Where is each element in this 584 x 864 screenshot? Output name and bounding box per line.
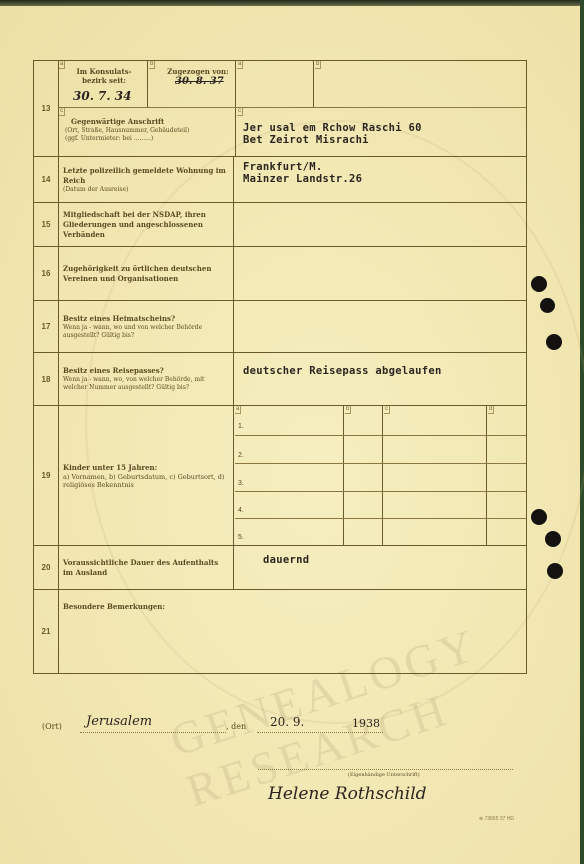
punch-hole <box>547 563 563 579</box>
row-number: 17 <box>34 301 59 352</box>
punch-hole <box>531 509 547 525</box>
consulate-since-label: Im Konsulats-bezirk seit: <box>69 67 139 85</box>
heimatschein-label: Besitz eines Heimatscheins? Wenn ja - wa… <box>59 301 234 352</box>
punch-hole <box>540 298 555 313</box>
row-15: 15 Mitgliedschaft bei der NSDAP, ihren G… <box>34 202 526 246</box>
address-line: Bet Zeirot Misrachi <box>243 134 422 146</box>
row-13: 13 a Im Konsulats-bezirk seit: 30. 7. 34… <box>34 61 526 156</box>
field-letter-c2: c <box>237 108 243 116</box>
row-16: 16 Zugehörigkeit zu örtlichen deutschen … <box>34 246 526 300</box>
divider <box>235 61 236 107</box>
current-address-label: Gegenwärtige Anschrift (Ort, Straße, Hau… <box>65 117 230 143</box>
label-main: Besitz eines Heimatscheins? <box>63 314 229 324</box>
field-letter-b: b <box>149 61 155 69</box>
row-20: 20 Voraussichtliche Dauer des Aufenthalt… <box>34 545 526 589</box>
last-residence-label: Letzte polizeilich gemeldete Wohnung im … <box>59 157 234 202</box>
place-underline <box>80 732 226 733</box>
passport-value[interactable]: deutscher Reisepass abgelaufen <box>235 353 526 405</box>
child-index: 4. <box>238 507 244 514</box>
last-residence-value[interactable]: Frankfurt/M. Mainzer Landstr.26 <box>235 157 526 202</box>
row-17: 17 Besitz eines Heimatscheins? Wenn ja -… <box>34 300 526 352</box>
label-sub: Wenn ja - wann, wo und von welcher Behör… <box>63 324 229 340</box>
label-main: Besitz eines Reisepasses? <box>63 366 229 376</box>
row-number: 20 <box>34 546 59 589</box>
child-row[interactable]: 3. <box>235 463 526 491</box>
remarks-value[interactable] <box>59 614 526 673</box>
label-sub: Wenn ja - wann, wo, von welcher Behörde,… <box>63 376 229 392</box>
place-date-line: (Ort) Jerusalem , den 20. 9. 1938 <box>42 716 402 736</box>
field-letter-b2: b <box>315 61 321 69</box>
label-sub: a) Vornamen, b) Geburtsdatum, c) Geburts… <box>63 473 229 489</box>
consulate-since-value[interactable]: 30. 7. 34 <box>73 89 131 103</box>
label-main: Voraussichtliche Dauer des Aufenthalts i… <box>63 558 229 578</box>
label-main: Letzte polizeilich gemeldete Wohnung im … <box>63 166 229 186</box>
label-main: Kinder unter 15 Jahren: <box>63 463 229 473</box>
moved-from-label: Zugezogen von: <box>163 67 233 76</box>
child-row[interactable]: 1. <box>235 406 526 435</box>
label-sub: (Datum der Ausreise) <box>63 186 229 194</box>
organizations-value[interactable] <box>235 247 526 300</box>
field-letter-a: a <box>59 61 65 69</box>
punch-hole <box>531 276 547 292</box>
label-sub: (Ort, Straße, Hausnummer, Gebäudeteil) <box>65 127 230 135</box>
passport-label: Besitz eines Reisepasses? Wenn ja - wann… <box>59 353 234 405</box>
row-13-upper: a Im Konsulats-bezirk seit: 30. 7. 34 b … <box>59 61 526 107</box>
label-main: Zugehörigkeit zu örtlichen deutschen Ver… <box>63 264 229 284</box>
divider <box>147 61 148 107</box>
row-21: 21 Besondere Bemerkungen: <box>34 589 526 673</box>
nsdap-membership-value[interactable] <box>235 203 526 246</box>
remarks-label: Besondere Bemerkungen: <box>63 602 165 611</box>
child-row[interactable]: 2. <box>235 435 526 463</box>
divider <box>313 61 314 107</box>
row-number: 13 <box>34 61 59 156</box>
punch-hole <box>545 531 561 547</box>
organizations-label: Zugehörigkeit zu örtlichen deutschen Ver… <box>59 247 234 300</box>
place-value[interactable]: Jerusalem <box>86 714 152 729</box>
child-index: 5. <box>238 534 244 541</box>
date-value[interactable]: 20. 9. <box>270 715 304 729</box>
signature-line <box>258 769 513 770</box>
row-number: 18 <box>34 353 59 405</box>
current-address-value[interactable]: Jer usal em Rchow Raschi 60 Bet Zeirot M… <box>243 122 422 146</box>
label-main: Gegenwärtige Anschrift <box>65 117 230 127</box>
address-line: Jer usal em Rchow Raschi 60 <box>243 122 422 134</box>
row-number: 14 <box>34 157 59 202</box>
child-row[interactable]: 5. <box>235 518 526 546</box>
row-18: 18 Besitz eines Reisepasses? Wenn ja - w… <box>34 352 526 405</box>
children-label: Kinder unter 15 Jahren: a) Vornamen, b) … <box>59 406 234 545</box>
signature-caption: (Eigenhändige Unterschrift) <box>348 772 420 778</box>
signature[interactable]: Helene Rothschild <box>268 784 427 804</box>
child-row[interactable]: 4. <box>235 491 526 518</box>
date-label: , den <box>226 722 246 731</box>
heimatschein-value[interactable] <box>235 301 526 352</box>
punch-hole <box>546 334 562 350</box>
print-code: ⊕ 73665 37 HD <box>479 816 514 822</box>
children-table: a b c d 1. 2. 3. 4. 5. <box>235 406 526 545</box>
child-index: 2. <box>238 452 244 459</box>
date-underline <box>257 732 383 733</box>
form-table: 13 a Im Konsulats-bezirk seit: 30. 7. 34… <box>33 60 527 674</box>
row-14: 14 Letzte polizeilich gemeldete Wohnung … <box>34 156 526 202</box>
year-value[interactable]: 1938 <box>352 717 380 730</box>
value-line: Frankfurt/M. <box>243 161 518 173</box>
value-line: Mainzer Landstr.26 <box>243 173 518 185</box>
label-sub: (ggf. Untermieter: bei .........) <box>65 135 230 143</box>
row-number: 16 <box>34 247 59 300</box>
divider <box>235 108 236 156</box>
field-letter-a2: a <box>237 61 243 69</box>
field-letter-c: c <box>59 108 65 116</box>
stay-duration-label: Voraussichtliche Dauer des Aufenthalts i… <box>59 546 234 589</box>
row-number: 21 <box>34 590 59 673</box>
row-number: 19 <box>34 406 59 545</box>
moved-from-value[interactable]: 30. 8. 37 <box>175 76 224 87</box>
row-13-lower: c Gegenwärtige Anschrift (Ort, Straße, H… <box>59 108 526 156</box>
row-number: 15 <box>34 203 59 246</box>
label-main: Mitgliedschaft bei der NSDAP, ihren Glie… <box>63 210 229 240</box>
stay-duration-value[interactable]: dauernd <box>235 546 526 589</box>
child-index: 1. <box>238 423 244 430</box>
nsdap-membership-label: Mitgliedschaft bei der NSDAP, ihren Glie… <box>59 203 234 246</box>
row-19: 19 Kinder unter 15 Jahren: a) Vornamen, … <box>34 405 526 545</box>
child-index: 3. <box>238 480 244 487</box>
place-label: (Ort) <box>42 722 62 731</box>
